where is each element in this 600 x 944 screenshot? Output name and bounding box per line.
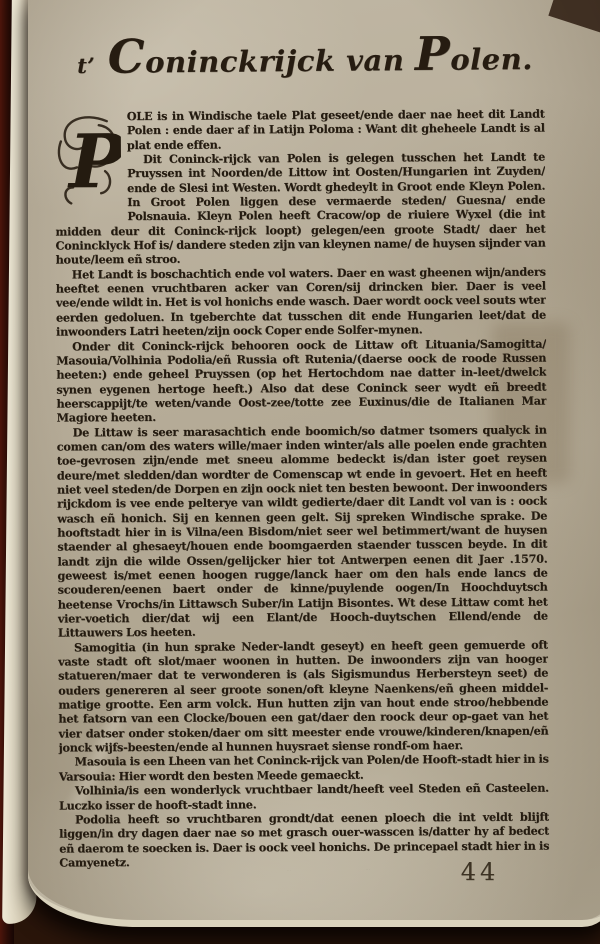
- title-word: Polen.: [415, 42, 533, 77]
- paragraph: Het Landt is boschachtich ende vol water…: [56, 264, 546, 339]
- paragraph: Dit Coninck-rijck van Polen is gelegen t…: [55, 150, 546, 268]
- paragraph: Samogitia (in hun sprake Neder-landt ges…: [58, 637, 549, 755]
- paragraph: OLE is in Windische taele Plat geseet/en…: [55, 107, 545, 153]
- paragraph: Onder dit Coninck-rijck behooren oock de…: [56, 336, 547, 425]
- title-word: Coninckrijck van: [108, 43, 405, 80]
- book-photo: t’ Coninckrijck van Polen. P OLE is in W…: [0, 0, 600, 944]
- drop-cap-letter: P: [67, 119, 122, 205]
- paragraph: Volhinia/is een wonderlyck vruchtbaer la…: [59, 781, 549, 813]
- drop-cap-initial: P: [55, 111, 122, 213]
- ornate-initial-flourish: P: [55, 111, 122, 213]
- page-number: 44: [440, 858, 520, 886]
- page-title: t’ Coninckrijck van Polen.: [70, 42, 540, 80]
- paragraph: De Littaw is seer marasachtich ende boom…: [57, 422, 548, 640]
- body-text: P OLE is in Windische taele Plat geseet/…: [55, 107, 550, 872]
- title-prefix: t’: [77, 53, 95, 78]
- paragraph: Masouia is een Lheen van het Coninck-rij…: [59, 752, 549, 784]
